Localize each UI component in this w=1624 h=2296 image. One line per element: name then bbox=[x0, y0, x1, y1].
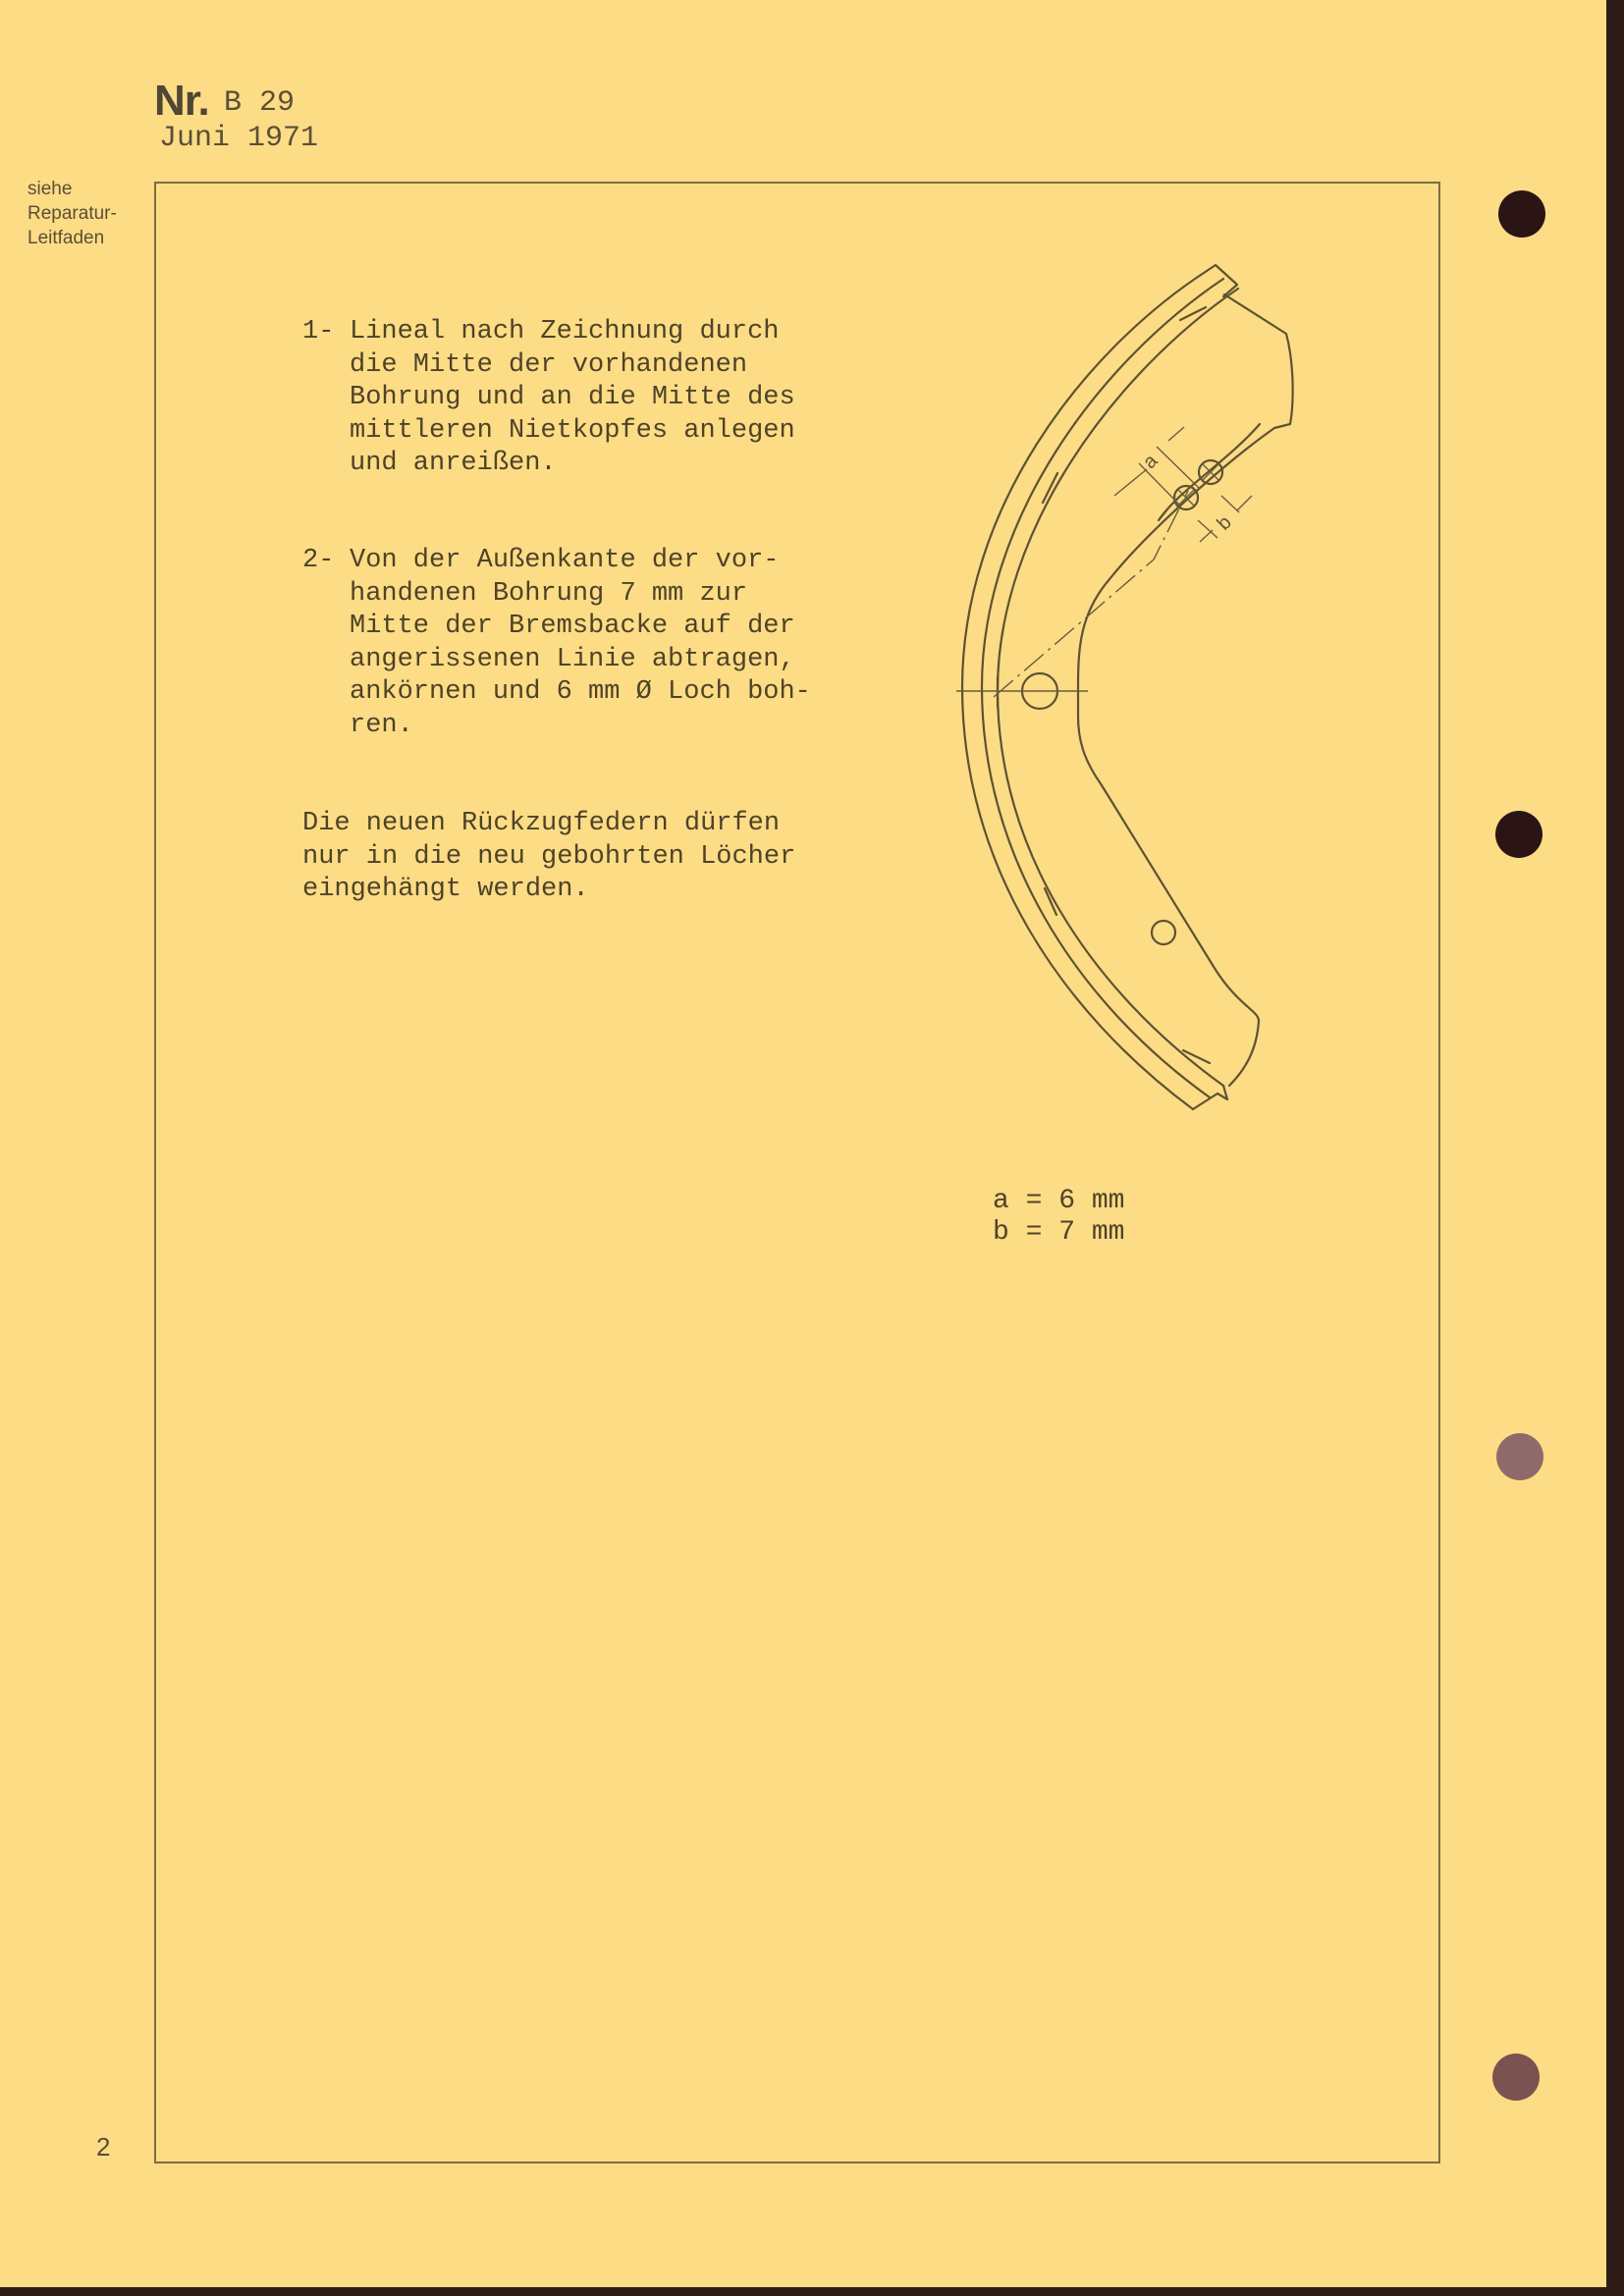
step-line: angerissenen Linie abtragen, bbox=[350, 644, 811, 677]
side-reference-line: siehe bbox=[27, 177, 155, 201]
document-date: Juni 1971 bbox=[159, 122, 318, 155]
side-reference-line: Reparatur- bbox=[27, 201, 155, 226]
dimension-a: a = 6 mm bbox=[993, 1186, 1124, 1217]
side-reference-line: Leitfaden bbox=[27, 226, 155, 250]
step-line: Lineal nach Zeichnung durch bbox=[350, 316, 795, 349]
note-line: Die neuen Rückzugfedern dürfen bbox=[302, 808, 795, 841]
document-page: Nr. B 29 Juni 1971 siehe Reparatur- Leit… bbox=[0, 0, 1606, 2287]
punch-hole bbox=[1496, 1433, 1543, 1480]
step-line: Bohrung und an die Mitte des bbox=[350, 382, 795, 415]
dimension-legend: a = 6 mm b = 7 mm bbox=[993, 1186, 1124, 1249]
dimension-b: b = 7 mm bbox=[993, 1217, 1124, 1249]
step-line: ren. bbox=[350, 710, 811, 743]
step-line: mittleren Nietkopfes anlegen bbox=[350, 415, 795, 449]
step-line: Von der Außenkante der vor- bbox=[350, 545, 811, 578]
document-code: B 29 bbox=[224, 86, 295, 120]
step-number: 2- bbox=[302, 545, 334, 578]
punch-hole bbox=[1495, 811, 1543, 858]
step-line: die Mitte der vorhandenen bbox=[350, 349, 795, 383]
spring-note: Die neuen Rückzugfedern dürfen nur in di… bbox=[302, 808, 795, 907]
punch-hole bbox=[1498, 190, 1545, 238]
note-line: eingehängt werden. bbox=[302, 874, 795, 907]
step-number: 1- bbox=[302, 316, 334, 349]
step-line: handenen Bohrung 7 mm zur bbox=[350, 578, 811, 612]
document-number-label: Nr. bbox=[154, 77, 209, 126]
step-line: und anreißen. bbox=[350, 448, 795, 481]
note-line: nur in die neu gebohrten Löcher bbox=[302, 841, 795, 875]
step-line: Mitte der Bremsbacke auf der bbox=[350, 611, 811, 644]
punch-hole bbox=[1492, 2054, 1540, 2101]
side-reference: siehe Reparatur- Leitfaden bbox=[27, 177, 155, 250]
content-frame bbox=[154, 182, 1440, 2163]
step-line: ankörnen und 6 mm Ø Loch boh- bbox=[350, 676, 811, 710]
page-number: 2 bbox=[96, 2132, 110, 2163]
